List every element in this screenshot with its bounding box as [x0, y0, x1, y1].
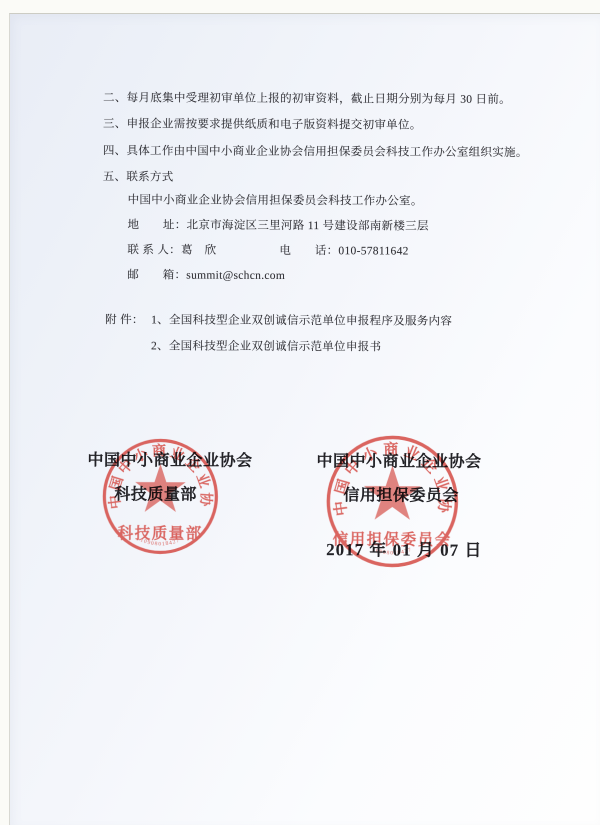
clause-3: 三、申报企业需按要求提供纸质和电子版资料提交初审单位。 [103, 115, 422, 132]
star-icon [364, 465, 421, 520]
contact-person: 联 系 人：葛 欣 [127, 241, 216, 257]
attachments-label: 附 件： [105, 311, 144, 327]
svg-text:中国中小商业企业协会: 中国中小商业企业协会 [75, 411, 215, 510]
svg-text:中国中小商业企业协会: 中国中小商业企业协会 [302, 411, 453, 517]
seal-ring-text: 中国中小商业企业协会 [302, 411, 453, 517]
contact-email: 邮 箱：summit@schcn.com [127, 266, 285, 283]
document-content: 二、每月底集中受理初审单位上报的初审资料，截止日期分别为每月 30 日前。 三、… [0, 0, 600, 825]
attachment-item-1: 1、全国科技型企业双创诚信示范单位申报程序及服务内容 [151, 311, 452, 328]
clause-5: 五、联系方式 [103, 168, 174, 184]
contact-phone: 电 话：010-57811642 [279, 242, 408, 259]
red-seal-credit-guarantee-committee: 中国中小商业企业协会 信用担保委员会 10908018427 [302, 411, 483, 592]
attachment-item-2: 2、全国科技型企业双创诚信示范单位申报书 [151, 337, 381, 354]
seal-ring-text: 中国中小商业企业协会 [75, 411, 215, 510]
contact-office: 中国中小商业企业协会信用担保委员会科技工作办公室。 [128, 191, 423, 208]
seal-center-text: 科技质量部 [118, 523, 203, 542]
clause-2: 二、每月底集中受理初审单位上报的初审资料，截止日期分别为每月 30 日前。 [103, 89, 511, 107]
clause-4: 四、具体工作由中国中小商业企业协会信用担保委员会科技工作办公室组织实施。 [103, 142, 528, 160]
star-icon [135, 464, 186, 512]
seal-center-text: 信用担保委员会 [333, 529, 452, 549]
contact-address: 地 址：北京市海淀区三里河路 11 号建设部南新楼三层 [128, 216, 429, 233]
red-seal-tech-quality-dept: 中国中小商业企业协会 科技质量部 10908018427 [75, 411, 246, 582]
